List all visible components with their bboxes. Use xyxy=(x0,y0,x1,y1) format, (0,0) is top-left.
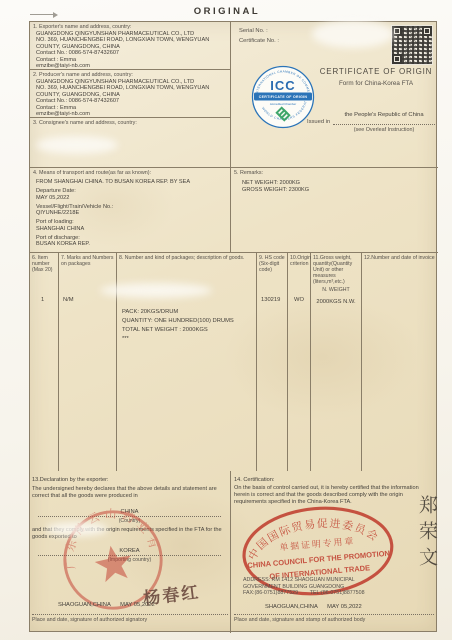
declaration-place-date: SHAOGUAN,CHINA MAY 05,2022 xyxy=(58,602,155,609)
overleaf-note: (see Overleaf Instruction) xyxy=(333,127,435,133)
consignee-label: 3. Consignee's name and address, country… xyxy=(33,120,228,127)
certificate-header-area: Serial No. : Certificate No. : INTERNATI… xyxy=(231,22,438,168)
star-icon xyxy=(92,543,134,584)
remarks-label: 5. Remarks: xyxy=(234,170,435,177)
col-header: 12.Number and date of invoice xyxy=(364,255,435,261)
declaration-footer: Place and date, signature of authorized … xyxy=(32,617,147,624)
description-line: QUANTITY: ONE HUNDRED(100) DRUMS xyxy=(122,317,234,326)
col-item-number: 6. Item number (Max 20) 1 xyxy=(30,253,59,471)
col-header: 8. Number and kind of packages; descript… xyxy=(119,255,244,261)
arrow-icon xyxy=(30,13,58,16)
description-line: *** xyxy=(122,335,234,344)
arrow-shaft xyxy=(30,14,54,15)
transport-route: FROM SHANGHAI CHINA. TO BUSAN KOREA REP.… xyxy=(36,179,227,186)
transport-label: 4. Means of transport and route(as far a… xyxy=(33,170,227,177)
qr-finder xyxy=(392,26,402,36)
producer-line: emzibe@taiyi-nb.com xyxy=(36,111,228,118)
icc-banner-text: CERTIFICATE OF ORIGIN xyxy=(259,95,308,99)
col-description: 8. Number and kind of packages; descript… xyxy=(117,253,257,471)
departure-value: MAY 05,2022 xyxy=(36,195,227,202)
certification-footer: Place and date, signature and stamp of a… xyxy=(234,617,365,624)
serial-block: Serial No. : Certificate No. : xyxy=(239,27,279,46)
authorized-signature: 郑荣文 xyxy=(413,495,440,573)
ccpit-middle-text: 单据证明专用章 xyxy=(279,535,356,553)
certificate-no-label: Certificate No. : xyxy=(239,37,279,47)
producer-line: NO. 369, HUANCHENGBEI ROAD, LONGXIAN TOW… xyxy=(36,85,228,92)
certificate-title: CERTIFICATE OF ORIGIN xyxy=(315,67,437,76)
arrow-head xyxy=(53,12,58,18)
hs-code-value: 130219 xyxy=(261,297,280,303)
goods-table: 6. Item number (Max 20) 1 7. Marks and N… xyxy=(30,253,438,471)
ccpit-fax-tel: FAX:(86-0751)8877529 TEL:(86-0751)887750… xyxy=(243,590,365,597)
description-line: PACK: 20KGS/DRUM xyxy=(122,308,234,317)
col-header: 9. HS code (Six-digit code) xyxy=(259,255,285,273)
consignee-box: 3. Consignee's name and address, country… xyxy=(30,118,231,168)
original-label: ORIGINAL xyxy=(157,6,297,17)
issued-in-block: the People's Republic of China Issued in… xyxy=(307,112,435,133)
certificate-subtitle: Form for China-Korea FTA xyxy=(315,80,437,87)
gross-weight: GROSS WEIGHT: 2300KG xyxy=(242,187,435,194)
exporter-box: 1. Exporter's name and address, country:… xyxy=(30,22,231,70)
col-header: 11.Gross weight, quantity(Quantity Unit)… xyxy=(313,255,352,285)
col-gross-weight: 11.Gross weight, quantity(Quantity Unit)… xyxy=(311,253,362,471)
qr-finder xyxy=(392,54,402,64)
marks-value: N/M xyxy=(63,297,74,303)
qr-code xyxy=(391,25,433,65)
stamp-line xyxy=(234,614,434,615)
qr-finder xyxy=(422,26,432,36)
discharge-port-value: BUSAN KOREA REP. xyxy=(36,241,227,248)
col-invoice: 12.Number and date of invoice xyxy=(362,253,438,471)
gross-weight-value: 2000KGS N.W. xyxy=(311,299,361,305)
col-origin-criterion: 10.Origin criterion WO xyxy=(288,253,311,471)
producer-box: 2. Producer's name and address, country:… xyxy=(30,70,231,118)
col-marks: 7. Marks and Numbers on packages N/M xyxy=(59,253,117,471)
serial-no-label: Serial No. : xyxy=(239,27,279,37)
origin-criterion-value: WO xyxy=(294,297,304,303)
col-hs-code: 9. HS code (Six-digit code) 130219 xyxy=(257,253,288,471)
icc-sub-text: Accredited Chamber xyxy=(270,102,296,106)
col-header: 10.Origin criterion xyxy=(290,255,311,267)
description-line: TOTAL NET WEIGHT : 2000KGS xyxy=(122,326,234,335)
transport-box: 4. Means of transport and route(as far a… xyxy=(30,168,231,253)
col-header: 7. Marks and Numbers on packages xyxy=(61,255,113,267)
declaration-box: 13.Declaration by the exporter: The unde… xyxy=(30,471,231,633)
description-value: PACK: 20KGS/DRUM QUANTITY: ONE HUNDRED(1… xyxy=(122,308,234,344)
item-number-value: 1 xyxy=(41,297,44,303)
icc-logo: INTERNATIONAL CHAMBER OF COMMERCE WORLD … xyxy=(251,65,315,129)
certification-label: 14. Certification: xyxy=(234,477,274,484)
icc-acronym: ICC xyxy=(270,78,295,93)
exporter-line: emzibe@taiyi-nb.com xyxy=(36,63,228,70)
declaration-label: 13.Declaration by the exporter: xyxy=(32,477,109,484)
vessel-value: QIYUNHE/2218E xyxy=(36,210,227,217)
certification-box: 14. Certification: On the basis of contr… xyxy=(231,471,438,633)
certification-place-date: SHAOGUAN,CHINA MAY 05,2022 xyxy=(265,604,362,611)
certificate-form: 1. Exporter's name and address, country:… xyxy=(29,21,437,632)
issued-in-line xyxy=(333,121,435,125)
n-weight-label: N. WEIGHT xyxy=(313,287,359,293)
declaration-text-1: The undersigned hereby declares that the… xyxy=(32,486,227,500)
signature-line xyxy=(32,614,228,615)
loading-port-value: SHANGHAI CHINA xyxy=(36,226,227,233)
certificate-photo: { "header": { "title": "ORIGINAL" }, "se… xyxy=(0,0,452,640)
issued-in-label: Issued in xyxy=(307,119,333,125)
net-weight: NET WEIGHT: 2000KG xyxy=(242,180,435,187)
issued-in-value: the People's Republic of China xyxy=(333,112,435,118)
remarks-box: 5. Remarks: NET WEIGHT: 2000KG GROSS WEI… xyxy=(231,168,438,253)
exporter-line: NO. 369, HUANCHENGBEI ROAD, LONGXIAN TOW… xyxy=(36,37,228,44)
col-header: 6. Item number (Max 20) xyxy=(32,255,52,273)
